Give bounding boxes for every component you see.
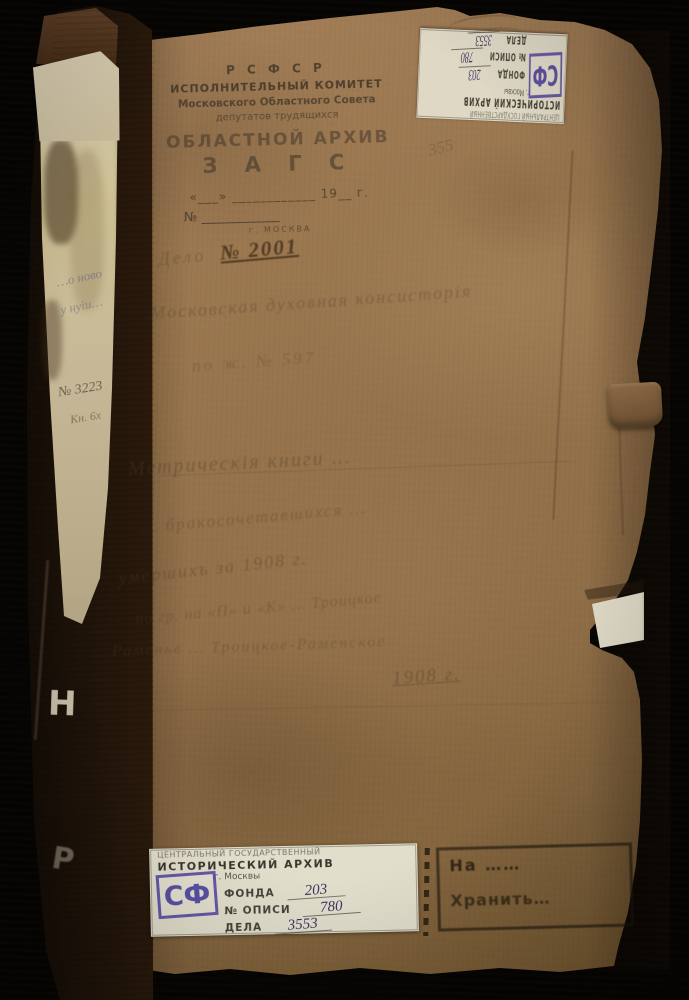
- fond-label: ФОНДА: [497, 67, 525, 80]
- corner-tape-patch: [32, 51, 121, 144]
- delo-value: 3553: [274, 917, 333, 935]
- opis-value: 780: [451, 48, 483, 64]
- opis-label: № ОПИСИ: [224, 904, 291, 917]
- archive-label-top: ЦЕНТРАЛЬНЫЙ ГОСУДАРСТВЕННЫЙ ИСТОРИЧЕСКИЙ…: [416, 28, 567, 124]
- archive-label-bottom: ЦЕНТРАЛЬНЫЙ ГОСУДАРСТВЕННЫЙ ИСТОРИЧЕСКИЙ…: [149, 843, 419, 937]
- sf-stamp: СФ: [529, 52, 563, 99]
- zags-stamp-zags: З А Г С: [138, 148, 419, 179]
- zags-stamp: Р С Ф С Р ИСПОЛНИТЕЛЬНЫЙ КОМИТЕТ Московс…: [136, 58, 420, 237]
- spine-chalk-mark: Н: [47, 684, 77, 725]
- keep-stamp-line1: На ……: [449, 852, 619, 875]
- zags-stamp-date-line: «___» ____________ 19__ г.: [139, 184, 419, 205]
- delo-label: ДЕЛА: [225, 921, 263, 934]
- fond-value: 203: [459, 65, 491, 81]
- archive-label: ЦЕНТРАЛЬНЫЙ ГОСУДАРСТВЕННЫЙ ИСТОРИЧЕСКИЙ…: [416, 28, 567, 124]
- keep-stamp-line2: Хранить…: [450, 887, 620, 910]
- book-cover-photo: …о ново у нуіи… № 3223 Кн. 6х Н Р Р С Ф …: [0, 0, 689, 1000]
- opis-label: № ОПИСИ: [489, 49, 526, 63]
- archive-label-rows: ФОНДА 203 № ОПИСИ 780 ДЕЛА 3553: [224, 879, 411, 934]
- leather-tab: [607, 382, 663, 429]
- keep-stamp: На …… Хранить…: [436, 842, 634, 931]
- strip-tear: [42, 300, 62, 380]
- fond-label: ФОНДА: [224, 887, 275, 900]
- case-word: Дело: [157, 245, 207, 269]
- sf-stamp: СФ: [156, 871, 219, 919]
